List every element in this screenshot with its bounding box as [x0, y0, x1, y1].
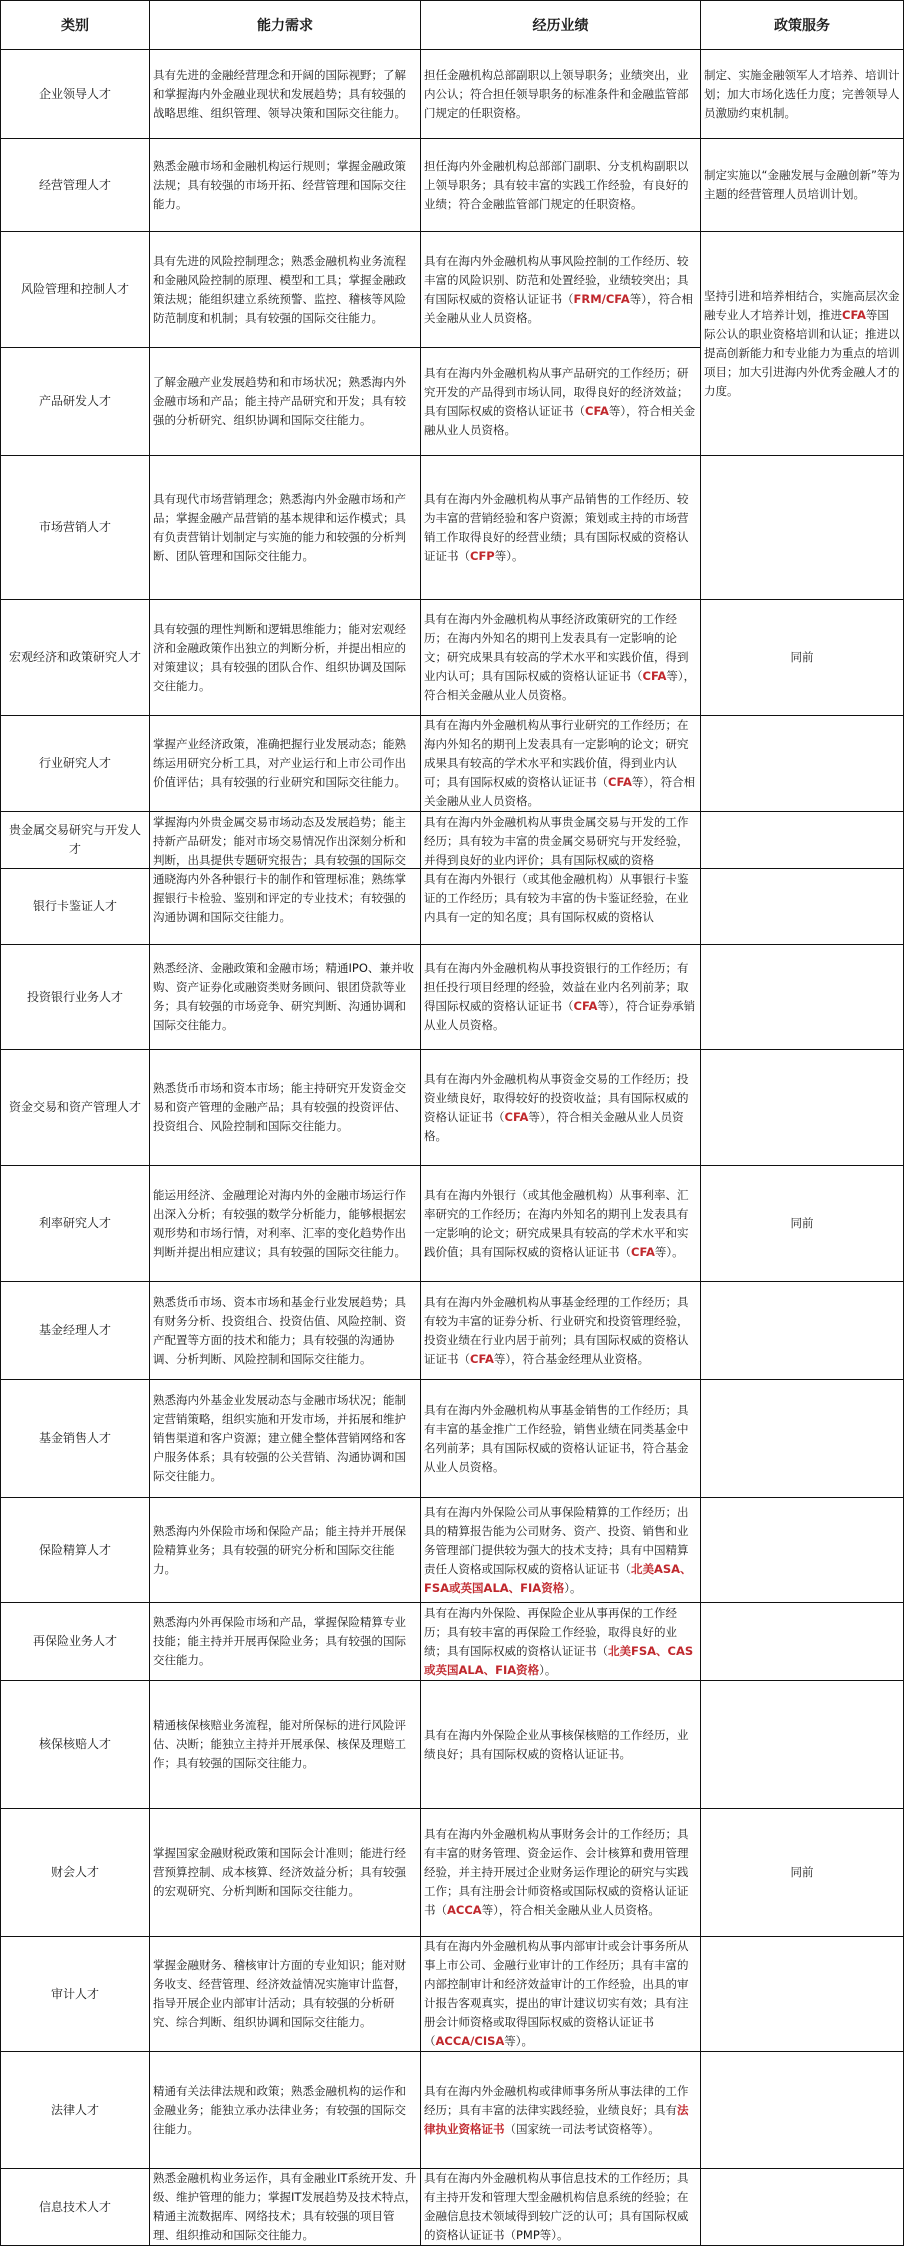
header-policy: 政策服务: [701, 1, 904, 50]
category-cell: 核保核赔人才: [1, 1681, 150, 1809]
experience-cell: 具有在海内外金融机构从事财务会计的工作经历；具有丰富的财务管理、资金运作、会计核…: [421, 1809, 701, 1937]
ability-cell: 具有先进的金融经营理念和开阔的国际视野；了解和掌握海内外金融业现状和发展趋势；具…: [150, 50, 421, 139]
table-row: 审计人才掌握金融财务、稽核审计方面的专业知识；能对财务收支、经营管理、经济效益情…: [1, 1937, 904, 2052]
experience-cell: 具有在海内外金融机构从事产品研究的工作经历；研究开发的产品得到市场认同，取得良好…: [421, 348, 701, 456]
experience-text: 具有在海内外保险、再保险企业从事再保的工作经历；具有较丰富的再保险工作经验，取得…: [424, 1606, 693, 1677]
policy-cell: [701, 1050, 904, 1166]
table-body: 企业领导人才具有先进的金融经营理念和开阔的国际视野；了解和掌握海内外金融业现状和…: [1, 50, 904, 2214]
experience-cell: 具有在海内外金融机构或律师事务所从事法律的工作经历；具有丰富的法律实践经验，业绩…: [421, 2052, 701, 2169]
ability-text: 熟悉经济、金融政策和金融市场；精通IPO、兼并收购、资产证券化或融资类财务顾问、…: [153, 961, 414, 1032]
ability-text: 熟悉海内外再保险市场和产品，掌握保险精算专业技能；能主持并开展再保险业务；具有较…: [153, 1615, 406, 1667]
table-row: 银行卡鉴证人才通晓海内外各种银行卡的制作和管理标准；熟练掌握银行卡检验、鉴别和评…: [1, 869, 904, 945]
category-cell: 法律人才: [1, 2052, 150, 2169]
category-cell: 宏观经济和政策研究人才: [1, 600, 150, 716]
experience-segment: 等）。: [504, 2034, 533, 2048]
experience-text: 具有在海内外金融机构从事内部审计或会计事务所从事上市公司、金融行业审计的工作经历…: [424, 1939, 689, 2048]
policy-segment: 同前: [791, 1865, 814, 1879]
policy-cell: [701, 1603, 904, 1681]
table-row: 资金交易和资产管理人才熟悉货币市场和资本市场；能主持研究开发资金交易和资产管理的…: [1, 1050, 904, 1166]
experience-segment: 具有在海内外金融机构从事基金销售的工作经历；具有丰富的基金推广工作经验，销售业绩…: [424, 1403, 689, 1474]
policy-segment: 同前: [791, 1216, 814, 1230]
certificate-highlight: CFP: [470, 549, 495, 563]
table-row: 财会人才掌握国家金融财税政策和国际会计准则；能进行经营预算控制、成本核算、经济效…: [1, 1809, 904, 1937]
header-experience: 经历业绩: [421, 1, 701, 50]
experience-text: 具有在海内外金融机构从事资金交易的工作经历；投资业绩良好，取得较好的投资收益；具…: [424, 1072, 689, 1143]
experience-cell: 担任海内外金融机构总部部门副职、分支机构副职以上领导职务；具有较丰富的实践工作经…: [421, 139, 701, 232]
ability-text: 熟悉金融机构业务运作，具有金融业IT系统开发、升级、维护管理的能力；掌握IT发展…: [153, 2171, 416, 2213]
experience-text: 具有在海内外金融机构从事基金销售的工作经历；具有丰富的基金推广工作经验，销售业绩…: [424, 1403, 689, 1474]
experience-text: 具有在海内外银行（或其他金融机构）从事银行卡鉴证的工作经历；具有较为丰富的伪卡鉴…: [424, 870, 697, 944]
policy-cell: 同前: [701, 600, 904, 716]
experience-cell: 具有在海内外金融机构从事经济政策研究的工作经历；在海内外知名的期刊上发表具有一定…: [421, 600, 701, 716]
experience-cell: 具有在海内外金融机构从事基金经理的工作经历；具有较为丰富的证券分析、行业研究和投…: [421, 1282, 701, 1380]
category-cell: 基金销售人才: [1, 1380, 150, 1498]
experience-text: 具有在海内外金融机构从事财务会计的工作经历；具有丰富的财务管理、资金运作、会计核…: [424, 1827, 689, 1917]
certificate-highlight: CFA: [643, 669, 667, 683]
ability-text: 熟悉货币市场和资本市场；能主持研究开发资金交易和资产管理的金融产品；具有较强的投…: [153, 1081, 406, 1133]
policy-cell: [701, 716, 904, 812]
ability-cell: 精通有关法律法规和政策；熟悉金融机构的运作和金融业务；能独立承办法律业务；有较强…: [150, 2052, 421, 2169]
ability-text: 熟悉金融市场和金融机构运行规则；掌握金融政策法规；具有较强的市场开拓、经营管理和…: [153, 159, 406, 211]
experience-segment: 等），符合相关金融从业人员资格。: [482, 1903, 660, 1917]
experience-segment: 等）。: [655, 1245, 684, 1259]
ability-text: 熟悉海内外保险市场和保险产品；能主持并开展保险精算业务；具有较强的研究分析和国际…: [153, 1524, 406, 1576]
experience-cell: 具有在海内外金融机构从事贵金属交易与开发的工作经历；具有较为丰富的贵金属交易研究…: [421, 812, 701, 869]
experience-cell: 具有在海内外保险企业从事核保核赔的工作经历，业绩良好；具有国际权威的资格认证证书…: [421, 1681, 701, 1809]
ability-text: 熟悉货币市场、资本市场和基金行业发展趋势；具有财务分析、投资组合、投资估值、风险…: [153, 1295, 406, 1366]
experience-text: 具有在海内外金融机构从事产品研究的工作经历；研究开发的产品得到市场认同，取得良好…: [424, 366, 695, 437]
category-cell: 投资银行业务人才: [1, 945, 150, 1050]
category-cell: 行业研究人才: [1, 716, 150, 812]
category-cell: 产品研发人才: [1, 348, 150, 456]
ability-cell: 具有先进的风险控制理念；熟悉金融机构业务流程和金融风险控制的原理、模型和工具；掌…: [150, 232, 421, 348]
experience-cell: 具有在海内外银行（或其他金融机构）从事银行卡鉴证的工作经历；具有较为丰富的伪卡鉴…: [421, 869, 701, 945]
category-cell: 再保险业务人才: [1, 1603, 150, 1681]
certificate-highlight: CFA: [585, 404, 609, 418]
certificate-highlight: CFA: [574, 999, 598, 1013]
experience-segment: 具有在海内外金融机构从事产品销售的工作经历、较为丰富的营销经验和客户资源；策划或…: [424, 492, 689, 563]
category-cell: 企业领导人才: [1, 50, 150, 139]
table-row: 信息技术人才熟悉金融机构业务运作，具有金融业IT系统开发、升级、维护管理的能力；…: [1, 2169, 904, 2214]
policy-cell: [701, 812, 904, 869]
ability-text: 具有较强的理性判断和逻辑思维能力；能对宏观经济和金融政策作出独立的判断分析，并提…: [153, 622, 406, 693]
table-row: 基金销售人才熟悉海内外基金业发展动态与金融市场状况；能制定营销策略，组织实施和开…: [1, 1380, 904, 1498]
table-row: 市场营销人才具有现代市场营销理念；熟悉海内外金融市场和产品；掌握金融产品营销的基…: [1, 456, 904, 600]
policy-cell: [701, 1498, 904, 1603]
experience-cell: 具有在海内外保险公司从事保险精算的工作经历；出具的精算报告能为公司财务、资产、投…: [421, 1498, 701, 1603]
experience-cell: 具有在海内外金融机构从事产品销售的工作经历、较为丰富的营销经验和客户资源；策划或…: [421, 456, 701, 600]
experience-segment: 担任海内外金融机构总部部门副职、分支机构副职以上领导职务；具有较丰富的实践工作经…: [424, 159, 689, 211]
experience-cell: 具有在海内外银行（或其他金融机构）从事利率、汇率研究的工作经历；在海内外知名的期…: [421, 1166, 701, 1282]
ability-cell: 熟悉金融市场和金融机构运行规则；掌握金融政策法规；具有较强的市场开拓、经营管理和…: [150, 139, 421, 232]
ability-cell: 熟悉金融机构业务运作，具有金融业IT系统开发、升级、维护管理的能力；掌握IT发展…: [150, 2169, 421, 2214]
ability-text: 通晓海内外各种银行卡的制作和管理标准；熟练掌握银行卡检验、鉴别和评定的专业技术；…: [153, 870, 417, 944]
table-row: 保险精算人才熟悉海内外保险市场和保险产品；能主持并开展保险精算业务；具有较强的研…: [1, 1498, 904, 1603]
experience-text: 担任金融机构总部副职以上领导职务；业绩突出，业内公认；符合担任领导职务的标准条件…: [424, 68, 689, 120]
experience-segment: ）。: [564, 1581, 581, 1595]
certificate-highlight: ACCA/CISA: [436, 2034, 505, 2048]
table-row: 企业领导人才具有先进的金融经营理念和开阔的国际视野；了解和掌握海内外金融业现状和…: [1, 50, 904, 139]
policy-cell: 同前: [701, 1166, 904, 1282]
ability-cell: 掌握海内外贵金属交易市场动态及发展趋势；能主持新产品研发；能对市场交易情况作出深…: [150, 812, 421, 869]
certificate-highlight: CFA: [505, 1110, 529, 1124]
policy-cell: [701, 1380, 904, 1498]
experience-segment: 具有在海内外金融机构从事内部审计或会计事务所从事上市公司、金融行业审计的工作经历…: [424, 1939, 689, 2048]
ability-text: 掌握金融财务、稽核审计方面的专业知识；能对财务收支、经营管理、经济效益情况实施审…: [153, 1958, 406, 2029]
experience-cell: 具有在海内外保险、再保险企业从事再保的工作经历；具有较丰富的再保险工作经验，取得…: [421, 1603, 701, 1681]
policy-cell: 制定实施以“金融发展与金融创新”等为主题的经营管理人员培训计划。: [701, 139, 904, 232]
policy-cell: [701, 945, 904, 1050]
ability-text: 了解金融产业发展趋势和和市场状况；熟悉海内外金融市场和产品；能主持产品研究和开发…: [153, 375, 406, 427]
ability-text: 精通核保核赔业务流程，能对所保标的进行风险评估、决断；能独立主持并开展承保、核保…: [153, 1718, 406, 1770]
ability-cell: 熟悉海内外基金业发展动态与金融市场状况；能制定营销策略，组织实施和开发市场，并拓…: [150, 1380, 421, 1498]
experience-segment: 具有在海内外银行（或其他金融机构）从事银行卡鉴证的工作经历；具有较为丰富的伪卡鉴…: [424, 872, 689, 924]
experience-text: 具有在海内外金融机构从事产品销售的工作经历、较为丰富的营销经验和客户资源；策划或…: [424, 492, 689, 563]
ability-cell: 具有较强的理性判断和逻辑思维能力；能对宏观经济和金融政策作出独立的判断分析，并提…: [150, 600, 421, 716]
table-row: 利率研究人才能运用经济、金融理论对海内外的金融市场运行作出深入分析；有较强的数学…: [1, 1166, 904, 1282]
policy-cell: 制定、实施金融领军人才培养、培训计划；加大市场化选任力度；完善领导人员激励约束机…: [701, 50, 904, 139]
category-cell: 利率研究人才: [1, 1166, 150, 1282]
experience-segment: 具有在海内外金融机构从事信息技术的工作经历；具有主持开发和管理大型金融机构信息系…: [424, 2171, 689, 2213]
ability-cell: 通晓海内外各种银行卡的制作和管理标准；熟练掌握银行卡检验、鉴别和评定的专业技术；…: [150, 869, 421, 945]
ability-cell: 精通核保核赔业务流程，能对所保标的进行风险评估、决断；能独立主持并开展承保、核保…: [150, 1681, 421, 1809]
experience-text: 具有在海内外保险企业从事核保核赔的工作经历，业绩良好；具有国际权威的资格认证证书…: [424, 1728, 689, 1761]
experience-text: 具有在海内外金融机构从事风险控制的工作经历、较丰富的风险识别、防范和处置经验，业…: [424, 254, 693, 325]
experience-text: 担任海内外金融机构总部部门副职、分支机构副职以上领导职务；具有较丰富的实践工作经…: [424, 159, 689, 211]
experience-text: 具有在海内外金融机构从事行业研究的工作经历；在海内外知名的期刊上发表具有一定影响…: [424, 718, 695, 808]
experience-cell: 具有在海内外金融机构从事风险控制的工作经历、较丰富的风险识别、防范和处置经验，业…: [421, 232, 701, 348]
experience-segment: （国家统一司法考试资格等）。: [505, 2122, 660, 2136]
policy-cell: [701, 2169, 904, 2214]
policy-segment: 同前: [791, 650, 814, 664]
policy-cell: [701, 456, 904, 600]
table-row: 投资银行业务人才熟悉经济、金融政策和金融市场；精通IPO、兼并收购、资产证券化或…: [1, 945, 904, 1050]
experience-segment: 具有在海内外金融机构或律师事务所从事法律的工作经历；具有丰富的法律实践经验，业绩…: [424, 2084, 689, 2117]
experience-cell: 具有在海内外金融机构从事投资银行的工作经历；有担任投行项目经理的经验，效益在业内…: [421, 945, 701, 1050]
ability-text: 熟悉海内外基金业发展动态与金融市场状况；能制定营销策略，组织实施和开发市场，并拓…: [153, 1393, 406, 1483]
ability-cell: 了解金融产业发展趋势和和市场状况；熟悉海内外金融市场和产品；能主持产品研究和开发…: [150, 348, 421, 456]
category-cell: 财会人才: [1, 1809, 150, 1937]
category-cell: 基金经理人才: [1, 1282, 150, 1380]
category-cell: 市场营销人才: [1, 456, 150, 600]
experience-text: 具有在海内外金融机构从事投资银行的工作经历；有担任投行项目经理的经验，效益在业内…: [424, 961, 695, 1032]
experience-text: 具有在海内外保险公司从事保险精算的工作经历；出具的精算报告能为公司财务、资产、投…: [424, 1505, 692, 1595]
ability-text: 具有先进的风险控制理念；熟悉金融机构业务流程和金融风险控制的原理、模型和工具；掌…: [153, 254, 406, 325]
policy-cell: [701, 2052, 904, 2169]
ability-cell: 具有现代市场营销理念；熟悉海内外金融市场和产品；掌握金融产品营销的基本规律和运作…: [150, 456, 421, 600]
experience-cell: 具有在海内外金融机构从事资金交易的工作经历；投资业绩良好，取得较好的投资收益；具…: [421, 1050, 701, 1166]
ability-cell: 能运用经济、金融理论对海内外的金融市场运行作出深入分析；有较强的数学分析能力，能…: [150, 1166, 421, 1282]
certificate-highlight: CFA: [631, 1245, 655, 1259]
category-cell: 贵金属交易研究与开发人才: [1, 812, 150, 869]
category-cell: 审计人才: [1, 1937, 150, 2052]
experience-cell: 具有在海内外金融机构从事信息技术的工作经历；具有主持开发和管理大型金融机构信息系…: [421, 2169, 701, 2214]
table-row: 行业研究人才掌握产业经济政策，准确把握行业发展动态；能熟练运用研究分析工具，对产…: [1, 716, 904, 812]
policy-cell: [701, 1681, 904, 1809]
ability-cell: 掌握产业经济政策，准确把握行业发展动态；能熟练运用研究分析工具，对产业运行和上市…: [150, 716, 421, 812]
ability-text: 能运用经济、金融理论对海内外的金融市场运行作出深入分析；有较强的数学分析能力，能…: [153, 1188, 406, 1259]
experience-text: 具有在海内外金融机构从事信息技术的工作经历；具有主持开发和管理大型金融机构信息系…: [424, 2171, 689, 2213]
talent-requirements-table: 类别 能力需求 经历业绩 政策服务 企业领导人才具有先进的金融经营理念和开阔的国…: [0, 0, 904, 2213]
experience-text: 具有在海内外金融机构从事基金经理的工作经历；具有较为丰富的证券分析、行业研究和投…: [424, 1295, 689, 1366]
header-ability: 能力需求: [150, 1, 421, 50]
experience-segment: 具有在海内外保险企业从事核保核赔的工作经历，业绩良好；具有国际权威的资格认证证书…: [424, 1728, 689, 1761]
experience-text: 具有在海内外金融机构从事经济政策研究的工作经历；在海内外知名的期刊上发表具有一定…: [424, 612, 695, 702]
policy-cell: 坚持引进和培养相结合，实施高层次金融专业人才培养计划，推进CFA等国际公认的职业…: [701, 232, 904, 456]
certificate-highlight: CFA: [608, 775, 632, 789]
policy-cell: [701, 1282, 904, 1380]
experience-cell: 担任金融机构总部副职以上领导职务；业绩突出，业内公认；符合担任领导职务的标准条件…: [421, 50, 701, 139]
ability-text: 精通有关法律法规和政策；熟悉金融机构的运作和金融业务；能独立承办法律业务；有较强…: [153, 2084, 406, 2136]
certificate-highlight: CFA: [470, 1352, 494, 1366]
policy-segment: 制定实施以“金融发展与金融创新”等为主题的经营管理人员培训计划。: [704, 168, 900, 201]
category-cell: 银行卡鉴证人才: [1, 869, 150, 945]
ability-text: 具有先进的金融经营理念和开阔的国际视野；了解和掌握海内外金融业现状和发展趋势；具…: [153, 68, 406, 120]
policy-cell: [701, 1937, 904, 2052]
table-row: 核保核赔人才精通核保核赔业务流程，能对所保标的进行风险评估、决断；能独立主持并开…: [1, 1681, 904, 1809]
ability-cell: 掌握国家金融财税政策和国际会计准则；能进行经营预算控制、成本核算、经济效益分析；…: [150, 1809, 421, 1937]
experience-segment: 具有在海内外金融机构从事贵金属交易与开发的工作经历；具有较为丰富的贵金属交易研究…: [424, 815, 689, 867]
experience-text: 具有在海内外金融机构或律师事务所从事法律的工作经历；具有丰富的法律实践经验，业绩…: [424, 2084, 689, 2136]
ability-cell: 熟悉货币市场和资本市场；能主持研究开发资金交易和资产管理的金融产品；具有较强的投…: [150, 1050, 421, 1166]
category-cell: 经营管理人才: [1, 139, 150, 232]
ability-cell: 掌握金融财务、稽核审计方面的专业知识；能对财务收支、经营管理、经济效益情况实施审…: [150, 1937, 421, 2052]
table-row: 再保险业务人才熟悉海内外再保险市场和产品，掌握保险精算专业技能；能主持并开展再保…: [1, 1603, 904, 1681]
experience-segment: 等），符合基金经理从业资格。: [494, 1352, 649, 1366]
ability-cell: 熟悉经济、金融政策和金融市场；精通IPO、兼并收购、资产证券化或融资类财务顾问、…: [150, 945, 421, 1050]
ability-cell: 熟悉海内外再保险市场和产品，掌握保险精算专业技能；能主持并开展再保险业务；具有较…: [150, 1603, 421, 1681]
category-cell: 保险精算人才: [1, 1498, 150, 1603]
ability-text: 掌握产业经济政策，准确把握行业发展动态；能熟练运用研究分析工具，对产业运行和上市…: [153, 737, 406, 789]
policy-cell: [701, 869, 904, 945]
ability-cell: 熟悉货币市场、资本市场和基金行业发展趋势；具有财务分析、投资组合、投资估值、风险…: [150, 1282, 421, 1380]
ability-text: 具有现代市场营销理念；熟悉海内外金融市场和产品；掌握金融产品营销的基本规律和运作…: [153, 492, 406, 563]
experience-cell: 具有在海内外金融机构从事内部审计或会计事务所从事上市公司、金融行业审计的工作经历…: [421, 1937, 701, 2052]
policy-cell: 同前: [701, 1809, 904, 1937]
table-row: 风险管理和控制人才具有先进的风险控制理念；熟悉金融机构业务流程和金融风险控制的原…: [1, 232, 904, 348]
certificate-highlight: FRM/CFA: [574, 292, 630, 306]
experience-segment: 等）。: [495, 549, 524, 563]
table-row: 基金经理人才熟悉货币市场、资本市场和基金行业发展趋势；具有财务分析、投资组合、投…: [1, 1282, 904, 1380]
certificate-highlight: ACCA: [447, 1903, 482, 1917]
header-row: 类别 能力需求 经历业绩 政策服务: [1, 1, 904, 50]
category-cell: 信息技术人才: [1, 2169, 150, 2214]
experience-text: 具有在海内外金融机构从事贵金属交易与开发的工作经历；具有较为丰富的贵金属交易研究…: [424, 813, 697, 868]
experience-cell: 具有在海内外金融机构从事基金销售的工作经历；具有丰富的基金推广工作经验，销售业绩…: [421, 1380, 701, 1498]
table-row: 经营管理人才熟悉金融市场和金融机构运行规则；掌握金融政策法规；具有较强的市场开拓…: [1, 139, 904, 232]
category-cell: 风险管理和控制人才: [1, 232, 150, 348]
table-row: 法律人才精通有关法律法规和政策；熟悉金融机构的运作和金融业务；能独立承办法律业务…: [1, 2052, 904, 2169]
experience-cell: 具有在海内外金融机构从事行业研究的工作经历；在海内外知名的期刊上发表具有一定影响…: [421, 716, 701, 812]
experience-text: 具有在海内外银行（或其他金融机构）从事利率、汇率研究的工作经历；在海内外知名的期…: [424, 1188, 689, 1259]
policy-segment: 制定、实施金融领军人才培养、培训计划；加大市场化选任力度；完善领导人员激励约束机…: [704, 68, 900, 120]
ability-cell: 熟悉海内外保险市场和保险产品；能主持并开展保险精算业务；具有较强的研究分析和国际…: [150, 1498, 421, 1603]
experience-segment: 担任金融机构总部副职以上领导职务；业绩突出，业内公认；符合担任领导职务的标准条件…: [424, 68, 689, 120]
certificate-highlight: CFA: [842, 308, 866, 322]
header-category: 类别: [1, 1, 150, 50]
ability-text: 掌握海内外贵金属交易市场动态及发展趋势；能主持新产品研发；能对市场交易情况作出深…: [153, 813, 417, 868]
table-row: 宏观经济和政策研究人才具有较强的理性判断和逻辑思维能力；能对宏观经济和金融政策作…: [1, 600, 904, 716]
experience-segment: ）。: [539, 1663, 556, 1677]
category-cell: 资金交易和资产管理人才: [1, 1050, 150, 1166]
ability-text: 掌握国家金融财税政策和国际会计准则；能进行经营预算控制、成本核算、经济效益分析；…: [153, 1846, 406, 1898]
table-row: 贵金属交易研究与开发人才掌握海内外贵金属交易市场动态及发展趋势；能主持新产品研发…: [1, 812, 904, 869]
